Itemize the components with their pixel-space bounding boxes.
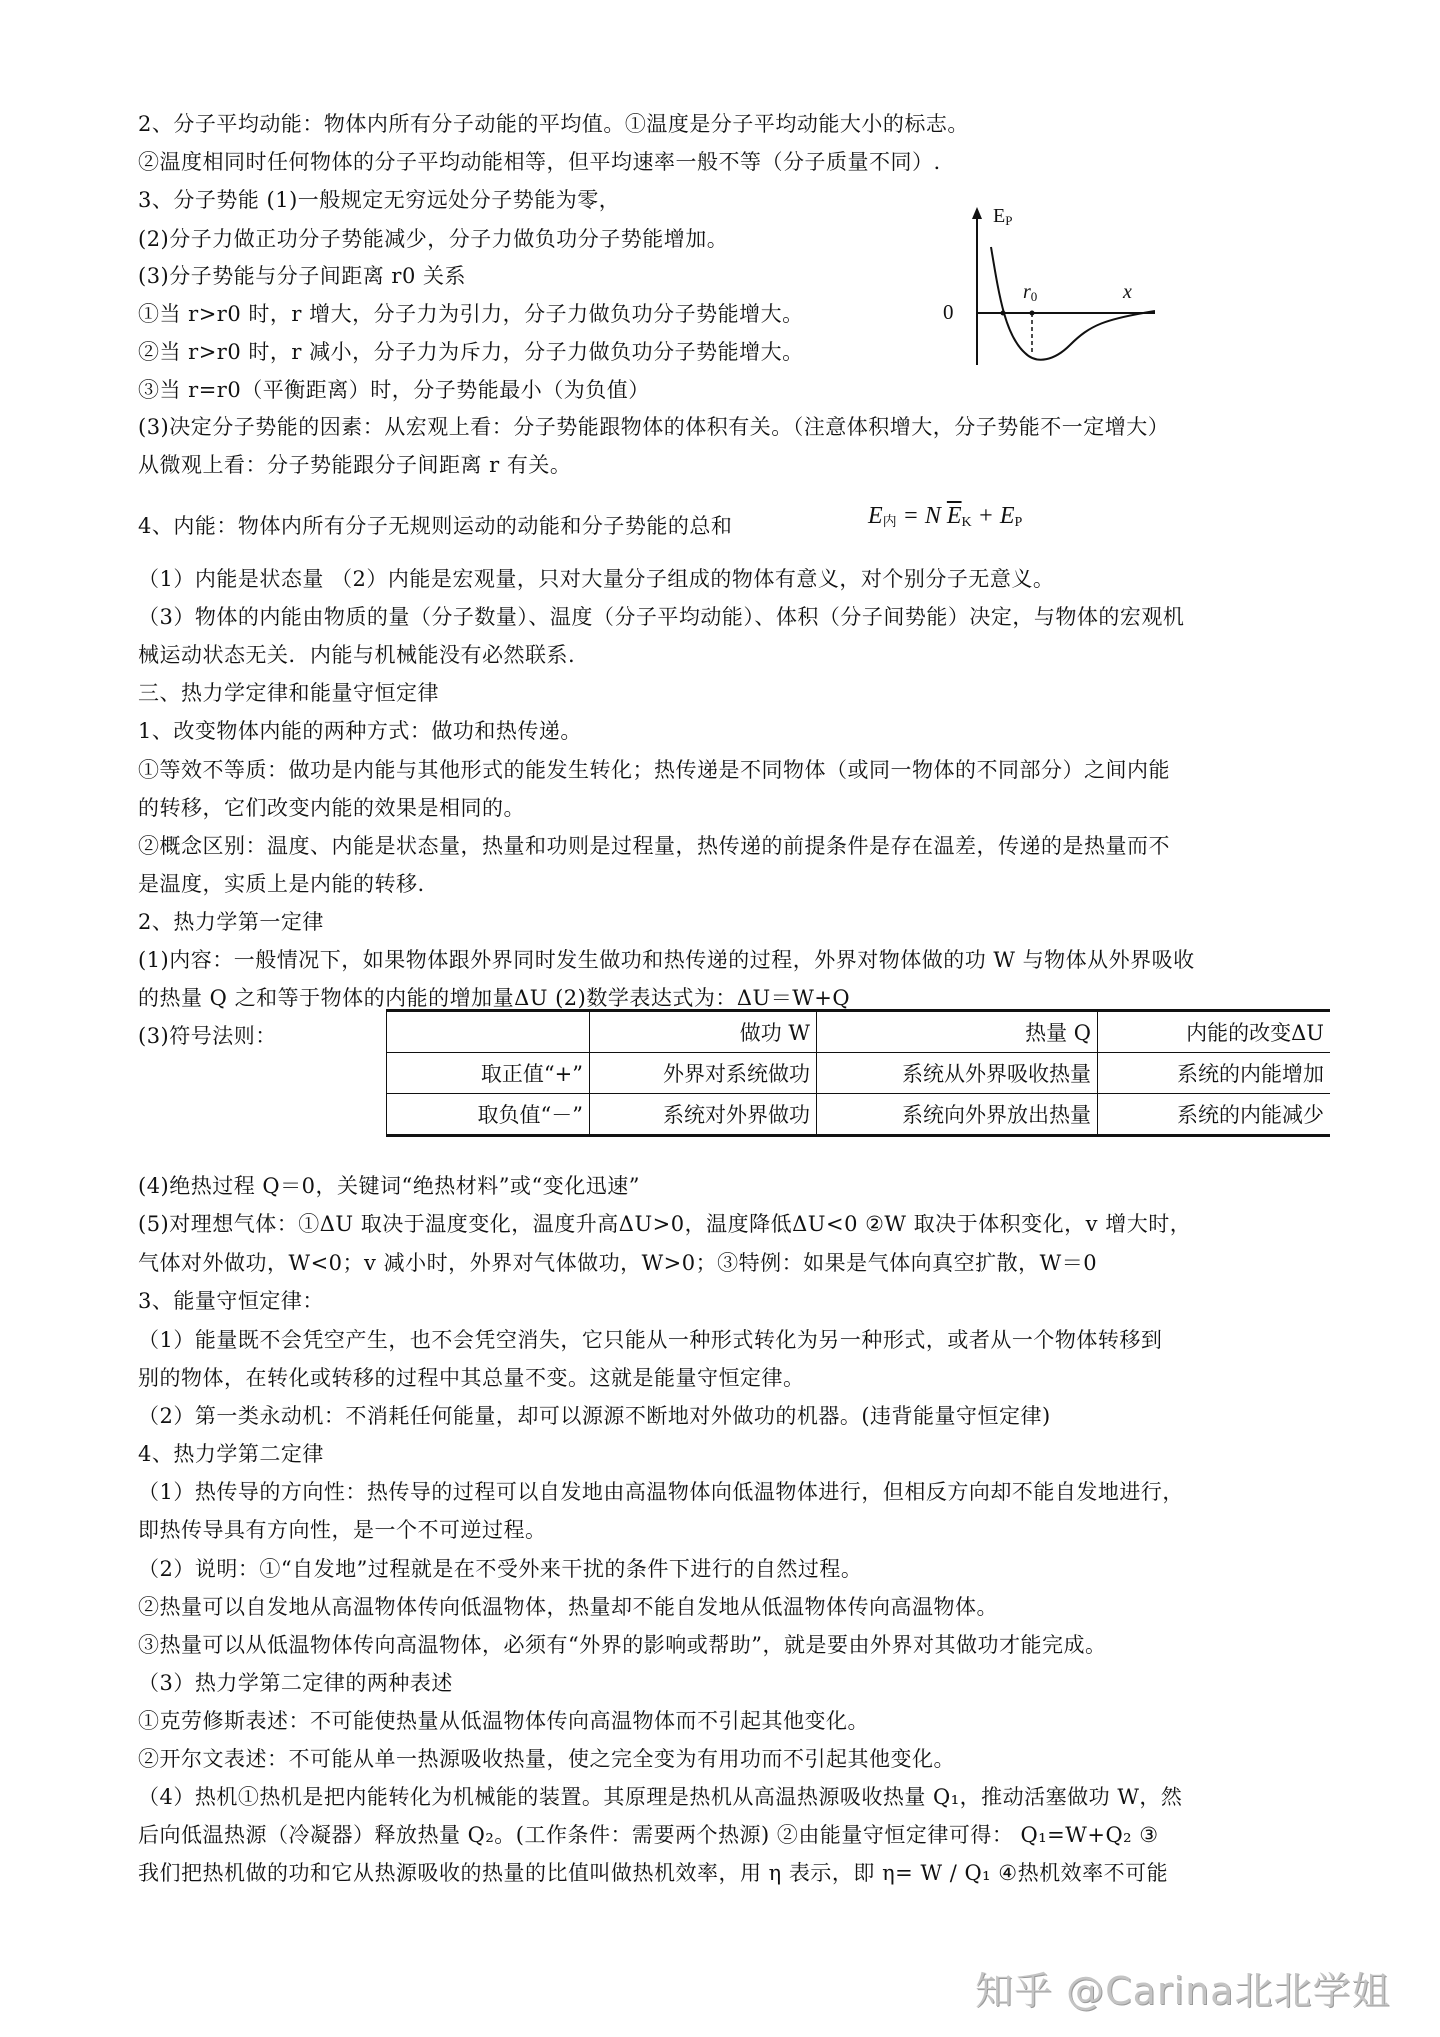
text-line: 1、改变物体内能的两种方式：做功和热传递。: [138, 717, 582, 745]
table-cell: 系统从外界吸收热量: [817, 1053, 1098, 1094]
text-line: 别的物体，在转化或转移的过程中其总量不变。这就是能量守恒定律。: [138, 1364, 805, 1392]
table-cell: 系统的内能减少: [1098, 1094, 1331, 1136]
text-line: (3)符号法则：: [138, 1022, 277, 1050]
text-line: (1)内容：一般情况下，如果物体跟外界同时发生做功和热传递的过程，外界对物体做的…: [138, 946, 1195, 974]
table-header-delta-u: 内能的改变ΔU: [1098, 1011, 1331, 1053]
text-line: 3、能量守恒定律：: [138, 1287, 324, 1315]
text-line: ①等效不等质：做功是内能与其他形式的能发生转化；热传递是不同物体（或同一物体的不…: [138, 756, 1170, 784]
potential-energy-graph: EP r0 x 0: [955, 205, 1155, 375]
graph-origin-label: 0: [943, 300, 954, 325]
text-line: ②当 r>r0 时，r 减小，分子力为斥力，分子力做负功分子势能增大。: [138, 338, 804, 366]
text-line: （4）热机①热机是把内能转化为机械能的装置。其原理是热机从高温热源吸收热量 Q₁…: [138, 1783, 1182, 1811]
graph-y-label: EP: [993, 205, 1012, 229]
text-line: ②概念区别：温度、内能是状态量，热量和功则是过程量，热传递的前提条件是存在温差，…: [138, 832, 1170, 860]
text-line: 2、分子平均动能：物体内所有分子动能的平均值。①温度是分子平均动能大小的标志。: [138, 110, 969, 138]
text-line: （3）热力学第二定律的两种表述: [138, 1669, 453, 1697]
text-line: ②热量可以自发地从高温物体传向低温物体，热量却不能自发地从低温物体传向高温物体。: [138, 1593, 998, 1621]
text-line: 气体对外做功，W<0；v 减小时，外界对气体做功，W>0；③特例：如果是气体向真…: [138, 1249, 1097, 1277]
text-line: （1）内能是状态量 （2）内能是宏观量，只对大量分子组成的物体有意义，对个别分子…: [138, 565, 1054, 593]
table-cell: 系统对外界做功: [590, 1094, 817, 1136]
text-line: (3)分子势能与分子间距离 r0 关系: [138, 262, 466, 290]
text-line: ②开尔文表述：不可能从单一热源吸收热量，使之完全变为有用功而不引起其他变化。: [138, 1745, 955, 1773]
text-line: （1）热传导的方向性：热传导的过程可以自发地由高温物体向低温物体进行，但相反方向…: [138, 1478, 1184, 1506]
text-line: 我们把热机做的功和它从热源吸收的热量的比值叫做热机效率，用 η 表示，即 η= …: [138, 1859, 1168, 1887]
table-cell: 取正值“+”: [387, 1053, 590, 1094]
text-line: (3)决定分子势能的因素：从宏观上看：分子势能跟物体的体积有关。（注意体积增大，…: [138, 413, 1169, 441]
text-line: 即热传导具有方向性，是一个不可逆过程。: [138, 1516, 547, 1544]
text-line: 三、热力学定律和能量守恒定律: [138, 679, 439, 707]
table-header-heat: 热量 Q: [817, 1011, 1098, 1053]
text-line: ①克劳修斯表述：不可能使热量从低温物体传向高温物体而不引起其他变化。: [138, 1707, 869, 1735]
text-line: 后向低温热源（冷凝器）释放热量 Q₂。(工作条件：需要两个热源) ②由能量守恒定…: [138, 1821, 1159, 1849]
text-line: ③热量可以从低温物体传向高温物体，必须有“外界的影响或帮助”，就是要由外界对其做…: [138, 1631, 1106, 1659]
text-line: ①当 r>r0 时，r 增大，分子力为引力，分子力做负功分子势能增大。: [138, 300, 804, 328]
text-line: 从微观上看：分子势能跟分子间距离 r 有关。: [138, 451, 571, 479]
table-cell: [387, 1011, 590, 1053]
table-cell: 外界对系统做功: [590, 1053, 817, 1094]
text-line: (5)对理想气体：①ΔU 取决于温度变化，温度升高ΔU>0，温度降低ΔU<0 ②…: [138, 1210, 1191, 1238]
text-line: （1）能量既不会凭空产生，也不会凭空消失，它只能从一种形式转化为另一种形式，或者…: [138, 1326, 1162, 1354]
text-line: 2、热力学第一定律: [138, 908, 324, 936]
text-line: （2）第一类永动机：不消耗任何能量，却可以源源不断地对外做功的机器。(违背能量守…: [138, 1402, 1051, 1430]
graph-r0-label: r0: [1023, 281, 1037, 305]
text-line: 是温度，实质上是内能的转移.: [138, 870, 425, 898]
internal-energy-formula: E内 = N EK + EP: [868, 503, 1022, 531]
text-line: ②温度相同时任何物体的分子平均动能相等，但平均速率一般不等（分子质量不同）.: [138, 148, 941, 176]
text-line: （2）说明：①“自发地”过程就是在不受外来干扰的条件下进行的自然过程。: [138, 1555, 862, 1583]
table-header-work: 做功 W: [590, 1011, 817, 1053]
text-line: 4、内能：物体内所有分子无规则运动的动能和分子势能的总和: [138, 512, 732, 540]
table-header-row: 做功 W 热量 Q 内能的改变ΔU: [387, 1011, 1331, 1053]
table-row: 取正值“+” 外界对系统做功 系统从外界吸收热量 系统的内能增加: [387, 1053, 1331, 1094]
zhihu-watermark: 知乎 @Carina北北学姐: [975, 1960, 1390, 2015]
table-row: 取负值“－” 系统对外界做功 系统向外界放出热量 系统的内能减少: [387, 1094, 1331, 1136]
text-line: (2)分子力做正功分子势能减少，分子力做负功分子势能增加。: [138, 225, 728, 253]
table-cell: 取负值“－”: [387, 1094, 590, 1136]
sign-rule-table: 做功 W 热量 Q 内能的改变ΔU 取正值“+” 外界对系统做功 系统从外界吸收…: [386, 1009, 1330, 1137]
text-line: 械运动状态无关．内能与机械能没有必然联系.: [138, 641, 575, 669]
table-cell: 系统的内能增加: [1098, 1053, 1331, 1094]
text-line: 的热量 Q 之和等于物体的内能的增加量ΔU (2)数学表达式为：ΔU＝W+Q: [138, 984, 850, 1012]
graph-x-label: x: [1123, 281, 1132, 304]
text-line: 4、热力学第二定律: [138, 1440, 324, 1468]
text-line: 3、分子势能 (1)一般规定无穷远处分子势能为零，: [138, 186, 620, 214]
text-line: (4)绝热过程 Q＝0，关键词“绝热材料”或“变化迅速”: [138, 1172, 640, 1200]
text-line: （3）物体的内能由物质的量（分子数量）、温度（分子平均动能）、体积（分子间势能）…: [138, 603, 1184, 631]
text-line: ③当 r=r0（平衡距离）时，分子势能最小（为负值）: [138, 376, 650, 404]
table-cell: 系统向外界放出热量: [817, 1094, 1098, 1136]
text-line: 的转移，它们改变内能的效果是相同的。: [138, 794, 525, 822]
